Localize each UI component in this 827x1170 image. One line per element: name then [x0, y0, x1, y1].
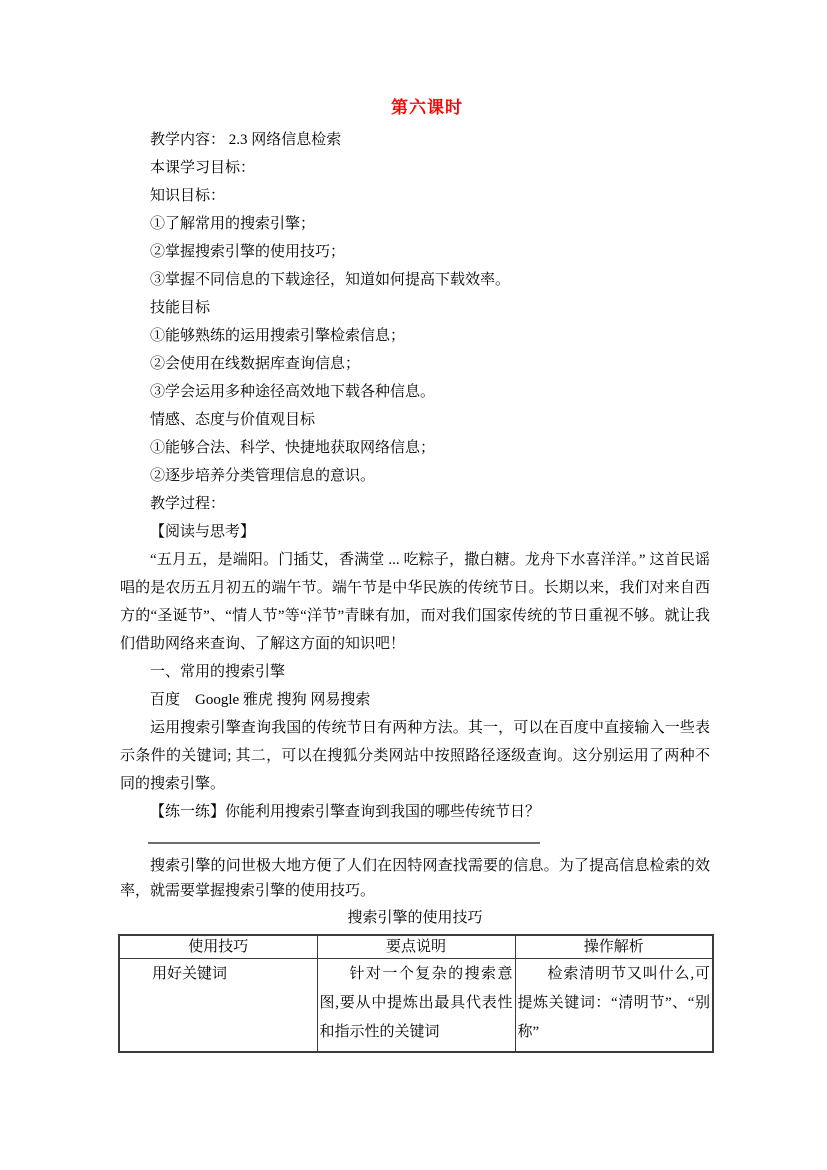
- answer-blank-line: [120, 826, 710, 846]
- table-header-cell: 要点说明: [317, 935, 515, 959]
- paragraph: 本课学习目标：: [120, 154, 710, 182]
- table-body: 用好关键词针对一个复杂的搜索意图,要从中提炼出最具代表性和指示性的关键词检索清明…: [119, 959, 713, 1053]
- paragraph: 教学内容： 2.3 网络信息检索: [120, 126, 710, 154]
- paragraph: ③学会运用多种途径高效地下载各种信息。: [120, 378, 710, 406]
- answer-blank-rule: [148, 842, 540, 844]
- paragraph: 运用搜索引擎查询我国的传统节日有两种方法。其一，可以在百度中直接输入一些表示条件…: [120, 714, 710, 798]
- paragraph: ②逐步培养分类管理信息的意识。: [120, 462, 710, 490]
- paragraph: 情感、态度与价值观目标: [120, 406, 710, 434]
- paragraph: 【练一练】你能利用搜索引擎查询到我国的哪些传统节日？: [120, 798, 710, 826]
- paragraph: 知识目标：: [120, 182, 710, 210]
- table-cell: 检索清明节又叫什么,可提炼关键词：“清明节”、“别称”: [515, 959, 713, 1053]
- paragraph: 技能目标: [120, 294, 710, 322]
- table-cell: 针对一个复杂的搜索意图,要从中提炼出最具代表性和指示性的关键词: [317, 959, 515, 1053]
- table-header-cell: 操作解析: [515, 935, 713, 959]
- paragraph-list: 教学内容： 2.3 网络信息检索本课学习目标：知识目标：①了解常用的搜索引擎；②…: [120, 126, 710, 904]
- paragraph: ②会使用在线数据库查询信息；: [120, 350, 710, 378]
- document-page: 第六课时 教学内容： 2.3 网络信息检索本课学习目标：知识目标：①了解常用的搜…: [0, 0, 827, 1170]
- document-content: 第六课时 教学内容： 2.3 网络信息检索本课学习目标：知识目标：①了解常用的搜…: [120, 0, 710, 1053]
- paragraph: ①能够合法、科学、快捷地获取网络信息；: [120, 434, 710, 462]
- paragraph: 教学过程：: [120, 490, 710, 518]
- paragraph: ①了解常用的搜索引擎；: [120, 210, 710, 238]
- table-header-row: 使用技巧要点说明操作解析: [119, 935, 713, 959]
- paragraph: ②掌握搜索引擎的使用技巧；: [120, 238, 710, 266]
- paragraph: 百度 Google 雅虎 搜狗 网易搜索: [120, 686, 710, 714]
- paragraph: 搜索引擎的问世极大地方便了人们在因特网查找需要的信息。为了提高信息检索的效率，就…: [120, 854, 710, 904]
- table-caption: 搜索引擎的使用技巧: [120, 906, 710, 930]
- paragraph: “五月五，是端阳。门插艾，香满堂 ... 吃粽子，撒白糖。龙舟下水喜洋洋。” 这…: [120, 546, 710, 658]
- table-cell: 用好关键词: [119, 959, 317, 1053]
- paragraph: 【阅读与思考】: [120, 518, 710, 546]
- table-row: 用好关键词针对一个复杂的搜索意图,要从中提炼出最具代表性和指示性的关键词检索清明…: [119, 959, 713, 1053]
- paragraph: ③掌握不同信息的下载途径，知道如何提高下载效率。: [120, 266, 710, 294]
- paragraph: 一、常用的搜索引擎: [120, 658, 710, 686]
- skills-table: 使用技巧要点说明操作解析 用好关键词针对一个复杂的搜索意图,要从中提炼出最具代表…: [118, 934, 714, 1053]
- table-header-cell: 使用技巧: [119, 935, 317, 959]
- document-title: 第六课时: [120, 96, 710, 120]
- paragraph: ①能够熟练的运用搜索引擎检索信息；: [120, 322, 710, 350]
